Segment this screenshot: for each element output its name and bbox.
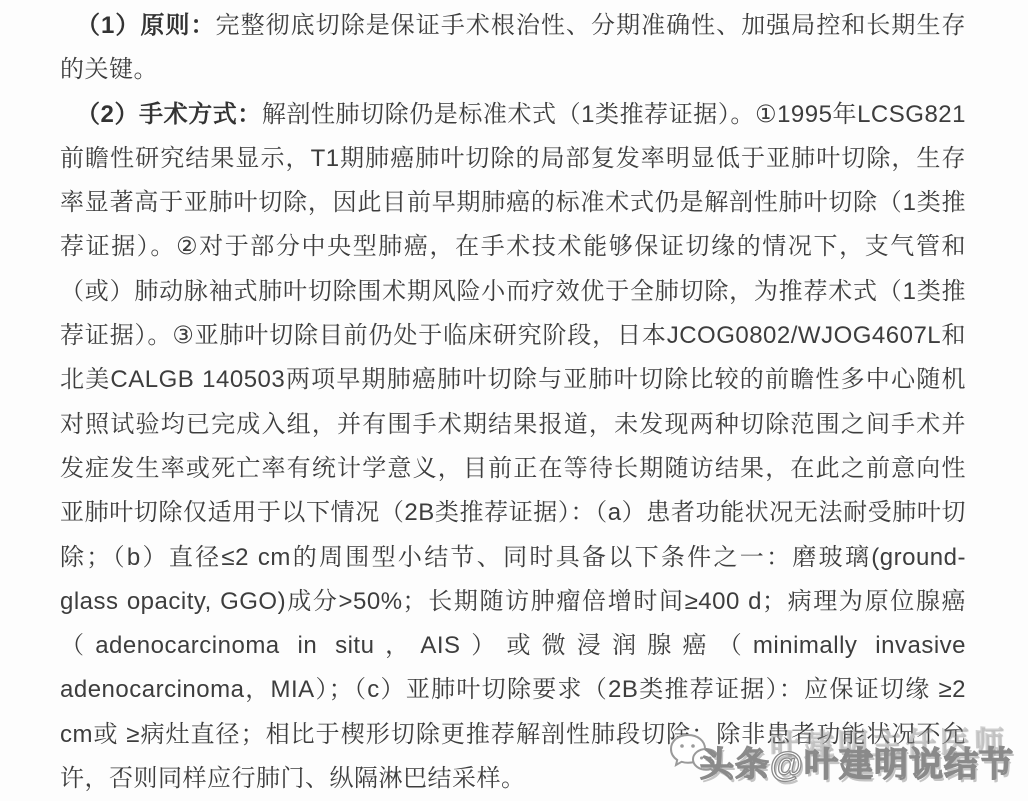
paragraph-principle: （1）原则：完整彻底切除是保证手术根治性、分期准确性、加强局控和长期生存的关键。 <box>60 4 966 93</box>
paragraph-surgical-method-body: 解剖性肺切除仍是标准术式（1类推荐证据）。①1995年LCSG821前瞻性研究结… <box>60 101 966 792</box>
paragraph-principle-lead: （1）原则： <box>76 12 216 39</box>
document-page: （1）原则：完整彻底切除是保证手术根治性、分期准确性、加强局控和长期生存的关键。… <box>0 0 1028 801</box>
paragraph-surgical-method-lead: （2）手术方式： <box>76 101 262 128</box>
document-content: （1）原则：完整彻底切除是保证手术根治性、分期准确性、加强局控和长期生存的关键。… <box>60 4 966 801</box>
paragraph-surgical-method: （2）手术方式：解剖性肺切除仍是标准术式（1类推荐证据）。①1995年LCSG8… <box>60 93 966 801</box>
